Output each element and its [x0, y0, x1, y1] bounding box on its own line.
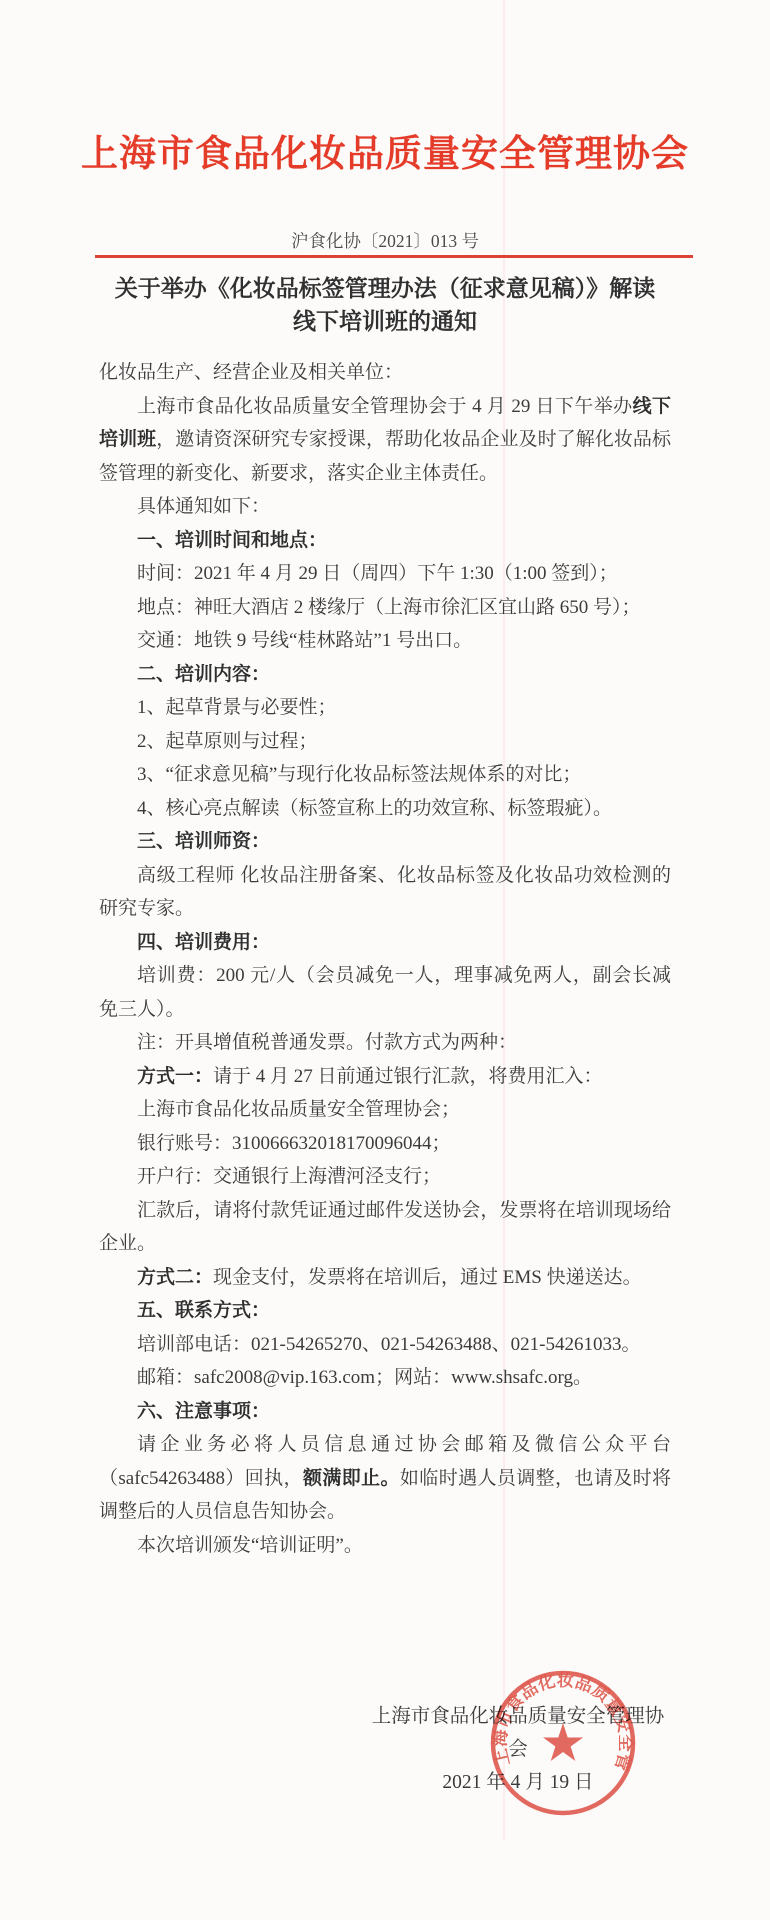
body-text: 本次培训颁发“培训证明”。 — [137, 1535, 363, 1556]
body-line: 请企业务必将人员信息通过协会邮箱及微信公众平台 — [99, 1428, 671, 1462]
body-line: 研究专家。 — [99, 892, 671, 926]
body-text: 汇款后，请将付款凭证通过邮件发送协会，发票将在培训现场给 — [137, 1200, 671, 1221]
body-text: 2、起草原则与过程； — [137, 731, 318, 752]
body-text: 开户行：交通银行上海漕河泾支行； — [137, 1166, 441, 1187]
body-line: 3、“征求意见稿”与现行化妆品标签法规体系的对比； — [99, 758, 671, 792]
body-text: 交通：地铁 9 号线“桂林路站”1 号出口。 — [137, 630, 472, 651]
body-text-bold: 一、培训时间和地点： — [137, 530, 327, 551]
body-text-bold: 方式二： — [137, 1267, 213, 1288]
body-line: 免三人）。 — [99, 993, 671, 1027]
body-line: 培训班，邀请资深研究专家授课，帮助化妆品企业及时了解化妆品标 — [99, 423, 671, 457]
body-line: 4、核心亮点解读（标签宣称上的功效宣称、标签瑕疵）。 — [99, 792, 671, 826]
body-line: 高级工程师 化妆品注册备案、化妆品标签及化妆品功效检测的 — [99, 859, 671, 893]
body-text: 注：开具增值税普通发票。付款方式为两种： — [137, 1032, 517, 1053]
body-line: 汇款后，请将付款凭证通过邮件发送协会，发票将在培训现场给 — [99, 1194, 671, 1228]
body-text: 培训部电话：021-54265270、021-54263488、021-5426… — [137, 1334, 640, 1355]
organization-letterhead-title: 上海市食品化妆品质量安全管理协会 — [0, 130, 770, 178]
seal-star-icon — [543, 1723, 583, 1761]
body-line: 地点：神旺大酒店 2 楼缘厅（上海市徐汇区宜山路 650 号）； — [99, 591, 671, 625]
body-line: 1、起草背景与必要性； — [99, 691, 671, 725]
document-body: 化妆品生产、经营企业及相关单位：上海市食品化妆品质量安全管理协会于 4 月 29… — [99, 356, 671, 1562]
body-line: 二、培训内容： — [99, 658, 671, 692]
body-line: （safc54263488）回执，额满即止。如临时遇人员调整，也请及时将 — [99, 1462, 671, 1496]
scanned-notice-document: 上海市食品化妆品质量安全管理协会 沪食化协〔2021〕013 号 关于举办《化妆… — [0, 0, 770, 1920]
body-text: 如临时遇人员调整，也请及时将 — [400, 1468, 671, 1489]
body-line: 调整后的人员信息告知协会。 — [99, 1495, 671, 1529]
body-line: 六、注意事项： — [99, 1395, 671, 1429]
body-line: 方式一：请于 4 月 27 日前通过银行汇款，将费用汇入： — [99, 1060, 671, 1094]
body-line: 一、培训时间和地点： — [99, 524, 671, 558]
body-text-bold: 四、培训费用： — [137, 932, 270, 953]
body-text: 4、核心亮点解读（标签宣称上的功效宣称、标签瑕疵）。 — [137, 798, 612, 819]
body-text: 免三人）。 — [99, 999, 185, 1020]
body-line: 五、联系方式： — [99, 1294, 671, 1328]
body-text: 时间：2021 年 4 月 29 日（周四）下午 1:30（1:00 签到）； — [137, 563, 618, 584]
body-text: 地点：神旺大酒店 2 楼缘厅（上海市徐汇区宜山路 650 号）； — [137, 597, 641, 618]
body-text: 研究专家。 — [99, 898, 194, 919]
body-line: 化妆品生产、经营企业及相关单位： — [99, 356, 671, 390]
document-title-line-2: 线下培训班的通知 — [40, 305, 730, 338]
body-text: 请于 4 月 27 日前通过银行汇款，将费用汇入： — [213, 1066, 603, 1087]
body-text: 上海市食品化妆品质量安全管理协会； — [137, 1099, 460, 1120]
body-text: ，邀请资深研究专家授课，帮助化妆品企业及时了解化妆品标 — [156, 429, 671, 450]
body-text: 具体通知如下： — [137, 496, 270, 517]
body-line: 签管理的新变化、新要求，落实企业主体责任。 — [99, 457, 671, 491]
document-title-line-1: 关于举办《化妆品标签管理办法（征求意见稿）》解读 — [40, 272, 730, 305]
body-line: 时间：2021 年 4 月 29 日（周四）下午 1:30（1:00 签到）； — [99, 557, 671, 591]
letterhead-divider-rule — [95, 255, 693, 258]
body-line: 四、培训费用： — [99, 926, 671, 960]
body-line: 银行账号：310066632018170096044； — [99, 1127, 671, 1161]
body-text: 高级工程师 化妆品注册备案、化妆品标签及化妆品功效检测的 — [137, 865, 671, 886]
body-line: 上海市食品化妆品质量安全管理协会于 4 月 29 日下午举办线下 — [99, 390, 671, 424]
body-text-bold: 六、注意事项： — [137, 1401, 270, 1422]
body-text-bold: 五、联系方式： — [137, 1300, 270, 1321]
body-line: 企业。 — [99, 1227, 671, 1261]
body-text: 银行账号：310066632018170096044； — [137, 1133, 451, 1154]
body-text: 邮箱：safc2008@vip.163.com；网站：www.shsafc.or… — [137, 1367, 592, 1388]
body-text: 现金支付，发票将在培训后，通过 EMS 快递送达。 — [213, 1267, 642, 1288]
body-text-bold: 三、培训师资： — [137, 831, 270, 852]
body-text: 企业。 — [99, 1233, 156, 1254]
body-line: 方式二：现金支付，发票将在培训后，通过 EMS 快递送达。 — [99, 1261, 671, 1295]
body-line: 三、培训师资： — [99, 825, 671, 859]
body-text-bold: 额满即止。 — [303, 1468, 400, 1489]
body-text: 调整后的人员信息告知协会。 — [99, 1501, 346, 1522]
body-text: 化妆品生产、经营企业及相关单位： — [99, 362, 403, 383]
body-line: 注：开具增值税普通发票。付款方式为两种： — [99, 1026, 671, 1060]
body-line: 具体通知如下： — [99, 490, 671, 524]
body-text: 1、起草背景与必要性； — [137, 697, 337, 718]
body-text: 培训费：200 元/人（会员减免一人，理事减免两人，副会长减 — [137, 965, 671, 986]
body-text: 请企业务必将人员信息通过协会邮箱及微信公众平台 — [137, 1434, 671, 1455]
body-line: 上海市食品化妆品质量安全管理协会； — [99, 1093, 671, 1127]
body-text: 签管理的新变化、新要求，落实企业主体责任。 — [99, 463, 498, 484]
body-text: 3、“征求意见稿”与现行化妆品标签法规体系的对比； — [137, 764, 581, 785]
body-text: （safc54263488）回执， — [99, 1468, 303, 1489]
body-line: 培训部电话：021-54265270、021-54263488、021-5426… — [99, 1328, 671, 1362]
body-text: 上海市食品化妆品质量安全管理协会于 4 月 29 日下午举办 — [137, 396, 633, 417]
body-text-bold: 线下 — [633, 396, 671, 417]
document-title: 关于举办《化妆品标签管理办法（征求意见稿）》解读 线下培训班的通知 — [40, 272, 730, 338]
body-line: 2、起草原则与过程； — [99, 725, 671, 759]
body-line: 培训费：200 元/人（会员减免一人，理事减免两人，副会长减 — [99, 959, 671, 993]
body-line: 邮箱：safc2008@vip.163.com；网站：www.shsafc.or… — [99, 1361, 671, 1395]
document-reference-number: 沪食化协〔2021〕013 号 — [0, 229, 770, 253]
body-text-bold: 二、培训内容： — [137, 664, 270, 685]
body-line: 交通：地铁 9 号线“桂林路站”1 号出口。 — [99, 624, 671, 658]
body-text-bold: 方式一： — [137, 1066, 213, 1087]
body-line: 开户行：交通银行上海漕河泾支行； — [99, 1160, 671, 1194]
body-text-bold: 培训班 — [99, 429, 156, 450]
red-seal-stamp-icon: 上海市食品化妆品质量安全管理协会 — [478, 1658, 648, 1828]
body-line: 本次培训颁发“培训证明”。 — [99, 1529, 671, 1563]
